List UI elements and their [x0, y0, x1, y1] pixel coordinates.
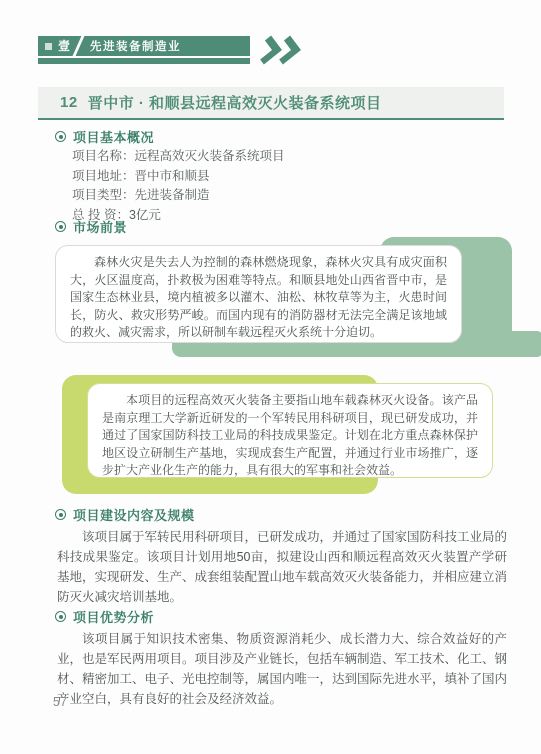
info-row-name: 项目名称： 远程高效灭火装备系统项目: [72, 147, 285, 167]
info-value: 先进装备制造: [135, 186, 210, 206]
market-box-1: 森林火灾是失去人为控制的森林燃烧现象，森林火灾具有成灾面积大，火区温度高，扑救极…: [55, 237, 512, 357]
section-heading-label: 市场前景: [73, 217, 127, 236]
chapter-number-badge: 壹: [58, 36, 70, 56]
document-page: 壹 先进装备制造业 12 晋中市 · 和顺县远程高效灭火装备系统项目 项目基本概…: [0, 0, 541, 754]
info-label: 项目类型：: [72, 186, 135, 206]
project-title-banner: 12 晋中市 · 和顺县远程高效灭火装备系统项目: [38, 87, 504, 120]
section-heading-construction: 项目建设内容及规模: [55, 505, 195, 524]
info-value: 3亿元: [129, 206, 161, 226]
market-box-1-text: 森林火灾是失去人为控制的森林燃烧现象，森林火灾具有成灾面积大，火区温度高，扑救极…: [55, 245, 462, 343]
page-number: 57: [53, 695, 67, 709]
double-chevron-right-icon: [256, 35, 309, 65]
circled-dot-bullet-icon: [55, 221, 66, 232]
advantage-paragraph: 该项目属于知识技术密集、物质资源消耗少、成长潜力大、综合效益好的产业，也是军民两…: [57, 629, 507, 709]
info-value: 晋中市和顺县: [135, 167, 210, 187]
market-box-2: 本项目的远程高效灭火装备主要指山地车载森林灭火设备。该产品是南京理工大学新近研发…: [55, 372, 512, 500]
info-row-type: 项目类型： 先进装备制造: [72, 186, 285, 206]
info-value: 远程高效灭火装备系统项目: [135, 147, 285, 167]
section-heading-label: 项目优势分析: [73, 607, 154, 626]
circled-dot-bullet-icon: [55, 611, 66, 622]
project-title: 晋中市 · 和顺县远程高效灭火装备系统项目: [88, 92, 382, 113]
section-heading-label: 项目建设内容及规模: [73, 505, 195, 524]
section-heading-market: 市场前景: [55, 217, 127, 236]
circled-dot-bullet-icon: [55, 131, 66, 142]
slash-divider-icon: [73, 36, 85, 56]
project-number: 12: [60, 94, 78, 111]
chapter-header-bar-top: 壹 先进装备制造业: [38, 36, 250, 56]
info-label: 项目地址：: [72, 167, 135, 187]
construction-paragraph: 该项目属于军转民用科研项目，已研发成功，并通过了国家国防科技工业局的科技成果鉴定…: [57, 527, 507, 607]
section-heading-advantage: 项目优势分析: [55, 607, 154, 626]
chapter-header-bar: 壹 先进装备制造业: [38, 36, 250, 64]
overview-info-list: 项目名称： 远程高效灭火装备系统项目 项目地址： 晋中市和顺县 项目类型： 先进…: [72, 147, 285, 225]
chapter-category-label: 先进装备制造业: [90, 38, 181, 54]
market-box-2-text: 本项目的远程高效灭火装备主要指山地车载森林灭火设备。该产品是南京理工大学新近研发…: [87, 383, 493, 478]
small-square-mark-icon: [45, 43, 52, 50]
section-heading-overview: 项目基本概况: [55, 127, 154, 146]
section-heading-label: 项目基本概况: [73, 127, 154, 146]
chapter-header: 壹 先进装备制造业: [38, 35, 306, 65]
info-row-address: 项目地址： 晋中市和顺县: [72, 167, 285, 187]
header-bar-underline: [38, 58, 250, 64]
circled-dot-bullet-icon: [55, 509, 66, 520]
info-label: 项目名称：: [72, 147, 135, 167]
